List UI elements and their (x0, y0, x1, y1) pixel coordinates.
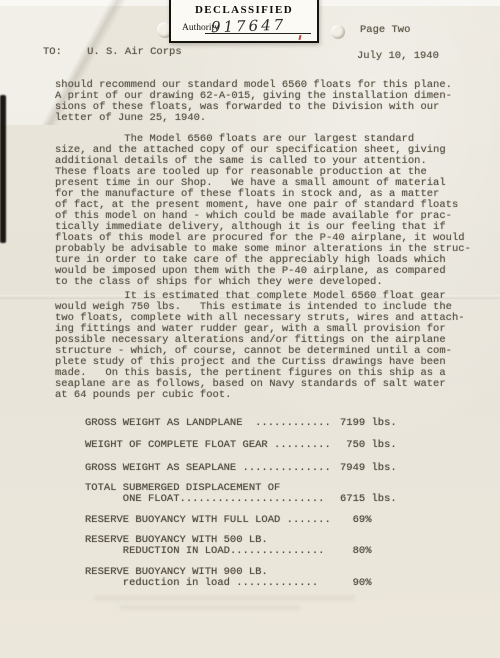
row-dots: ....................... (180, 493, 325, 505)
table-row: RESERVE BUOYANCY WITH FULL LOAD ....... … (85, 515, 331, 526)
table-row: WEIGHT OF COMPLETE FLOAT GEAR ......... … (85, 440, 331, 451)
row-dots: ......... (274, 439, 331, 451)
row-value: 69% (340, 515, 372, 526)
row-value: 90% (340, 578, 372, 589)
scanned-letter-page: DECLASSIFIED Authority 917647 Page Two T… (0, 0, 500, 658)
scan-edge-artifact (0, 95, 6, 243)
row-dots: ............. (236, 577, 318, 589)
row-dots: ............... (230, 545, 325, 557)
table-row: GROSS WEIGHT AS LANDPLANE ............71… (85, 418, 331, 429)
table-row: GROSS WEIGHT AS SEAPLANE ..............7… (85, 463, 331, 474)
table-row: TOTAL SUBMERGED DISPLACEMENT OF ONE FLOA… (85, 483, 324, 505)
row-label: WEIGHT OF COMPLETE FLOAT GEAR (85, 439, 274, 451)
table-row: RESERVE BUOYANCY WITH 900 LB. reduction … (85, 567, 318, 589)
row-value: 80% (340, 546, 372, 557)
table-row: RESERVE BUOYANCY WITH 500 LB. REDUCTION … (85, 535, 324, 557)
row-dots: .............. (243, 462, 331, 474)
row-value: 7199 lbs. (340, 418, 397, 429)
row-label: RESERVE BUOYANCY WITH FULL LOAD (85, 514, 287, 526)
row-dots: ............ (249, 417, 331, 429)
row-value: 6715 lbs. (340, 494, 397, 505)
row-dots: ....... (287, 514, 331, 526)
row-value: 750 lbs. (340, 440, 397, 451)
figures-table: GROSS WEIGHT AS LANDPLANE ............71… (85, 0, 465, 658)
row-value: 7949 lbs. (340, 463, 397, 474)
row-label: GROSS WEIGHT AS SEAPLANE (85, 462, 243, 474)
row-label: GROSS WEIGHT AS LANDPLANE (85, 417, 249, 429)
